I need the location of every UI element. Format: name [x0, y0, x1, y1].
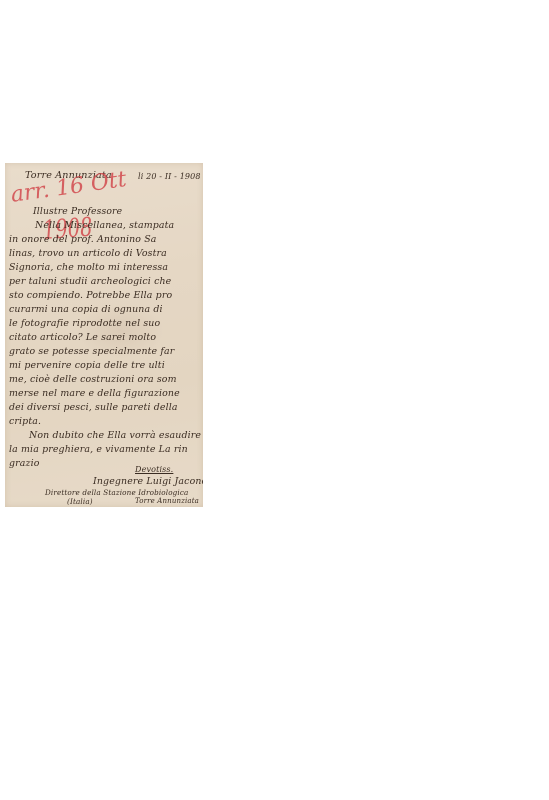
body-line: mi pervenire copia delle tre ulti: [9, 360, 165, 371]
body-line: dei diversi pesci, sulle pareti della: [9, 402, 178, 413]
body-line: grazio: [9, 458, 40, 469]
body-line: merse nel mare e della figurazione: [9, 388, 180, 399]
signature-title: Direttore della Stazione Idrobiologica: [45, 488, 189, 497]
body-line: linas, trovo un articolo di Vostra: [9, 248, 167, 259]
signature-name: Ingegnere Luigi Jacono –: [93, 476, 203, 487]
body-line: Non dubito che Ella vorrà esaudire: [29, 430, 201, 441]
body-line: citato articolo? Le sarei molto: [9, 332, 156, 343]
body-line: in onore del prof. Antonino Sa: [9, 234, 157, 245]
signature-country: (Italia): [67, 497, 93, 506]
body-line: curarmi una copia di ognuna di: [9, 304, 163, 315]
salutation: Illustre Professore: [33, 206, 122, 217]
body-line: le fotografie riprodotte nel suo: [9, 318, 160, 329]
body-line: cripta.: [9, 416, 41, 427]
body-line: sto compiendo. Potrebbe Ella pro: [9, 290, 172, 301]
body-line: grato se potesse specialmente far: [9, 346, 174, 357]
body-line: me, cioè delle costruzioni ora som: [9, 374, 177, 385]
body-line: Signoria, che molto mi interessa: [9, 262, 168, 273]
body-line: la mia preghiera, e vivamente La rin: [9, 444, 188, 455]
signature-closing: Devotiss.: [135, 465, 173, 474]
body-line: Nella Miscellanea, stampata: [35, 220, 174, 231]
body-line: per taluni studii archeologici che: [9, 276, 171, 287]
letter-date: li 20 - II - 1908: [138, 172, 201, 181]
signature-place: Torre Annunziata: [135, 497, 199, 505]
handwritten-letter: Torre Annunziata li 20 - II - 1908 arr. …: [5, 163, 203, 507]
page: Torre Annunziata li 20 - II - 1908 arr. …: [0, 0, 549, 800]
